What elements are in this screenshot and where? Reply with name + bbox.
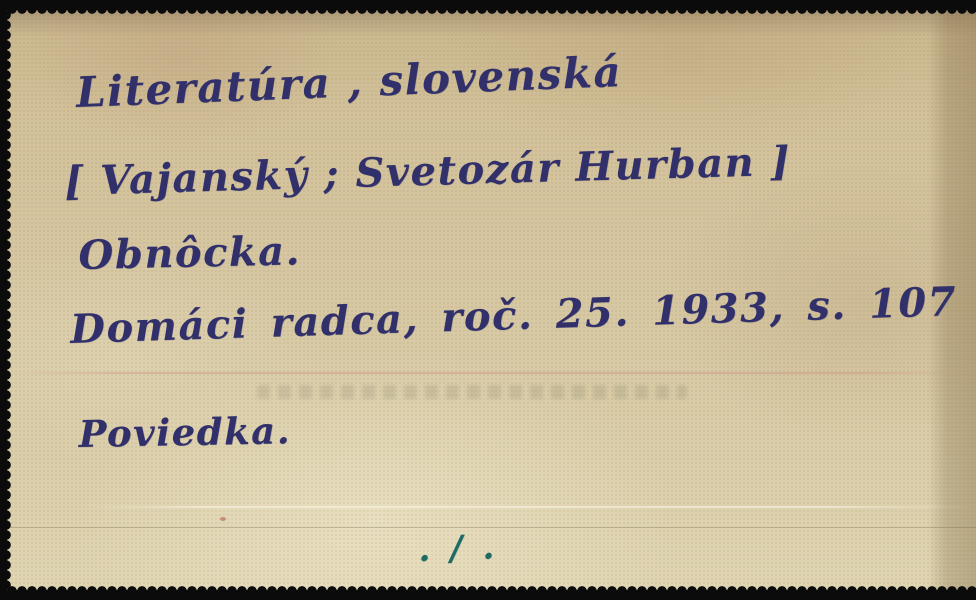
perforated-edge-bottom xyxy=(7,581,976,591)
perforated-edge-left xyxy=(6,10,16,590)
subject-heading-line: Literatúra , slovenská xyxy=(75,47,623,117)
bottom-filing-mark: . / . xyxy=(418,527,499,570)
catalog-card: Literatúra , slovenská [ Vajanský ; Svet… xyxy=(7,10,976,590)
scanned-card-image: Literatúra , slovenská [ Vajanský ; Svet… xyxy=(0,0,976,600)
bleed-through-print xyxy=(257,385,687,399)
genre-line: Poviedka. xyxy=(78,408,291,456)
perforated-edge-top xyxy=(7,9,976,19)
faint-horizontal-rule xyxy=(7,372,976,374)
citation-text: Domáci radca, roč. 25. 1933, s. 107 - xyxy=(70,277,976,353)
paper-speck xyxy=(220,517,226,521)
citation-line: Domáci radca, roč. 25. 1933, s. 107 -111 xyxy=(70,274,976,353)
title-line: Obnôcka. xyxy=(78,227,301,279)
author-line: [ Vajanský ; Svetozár Hurban ] xyxy=(64,138,792,205)
faint-scratch-line xyxy=(7,506,976,508)
